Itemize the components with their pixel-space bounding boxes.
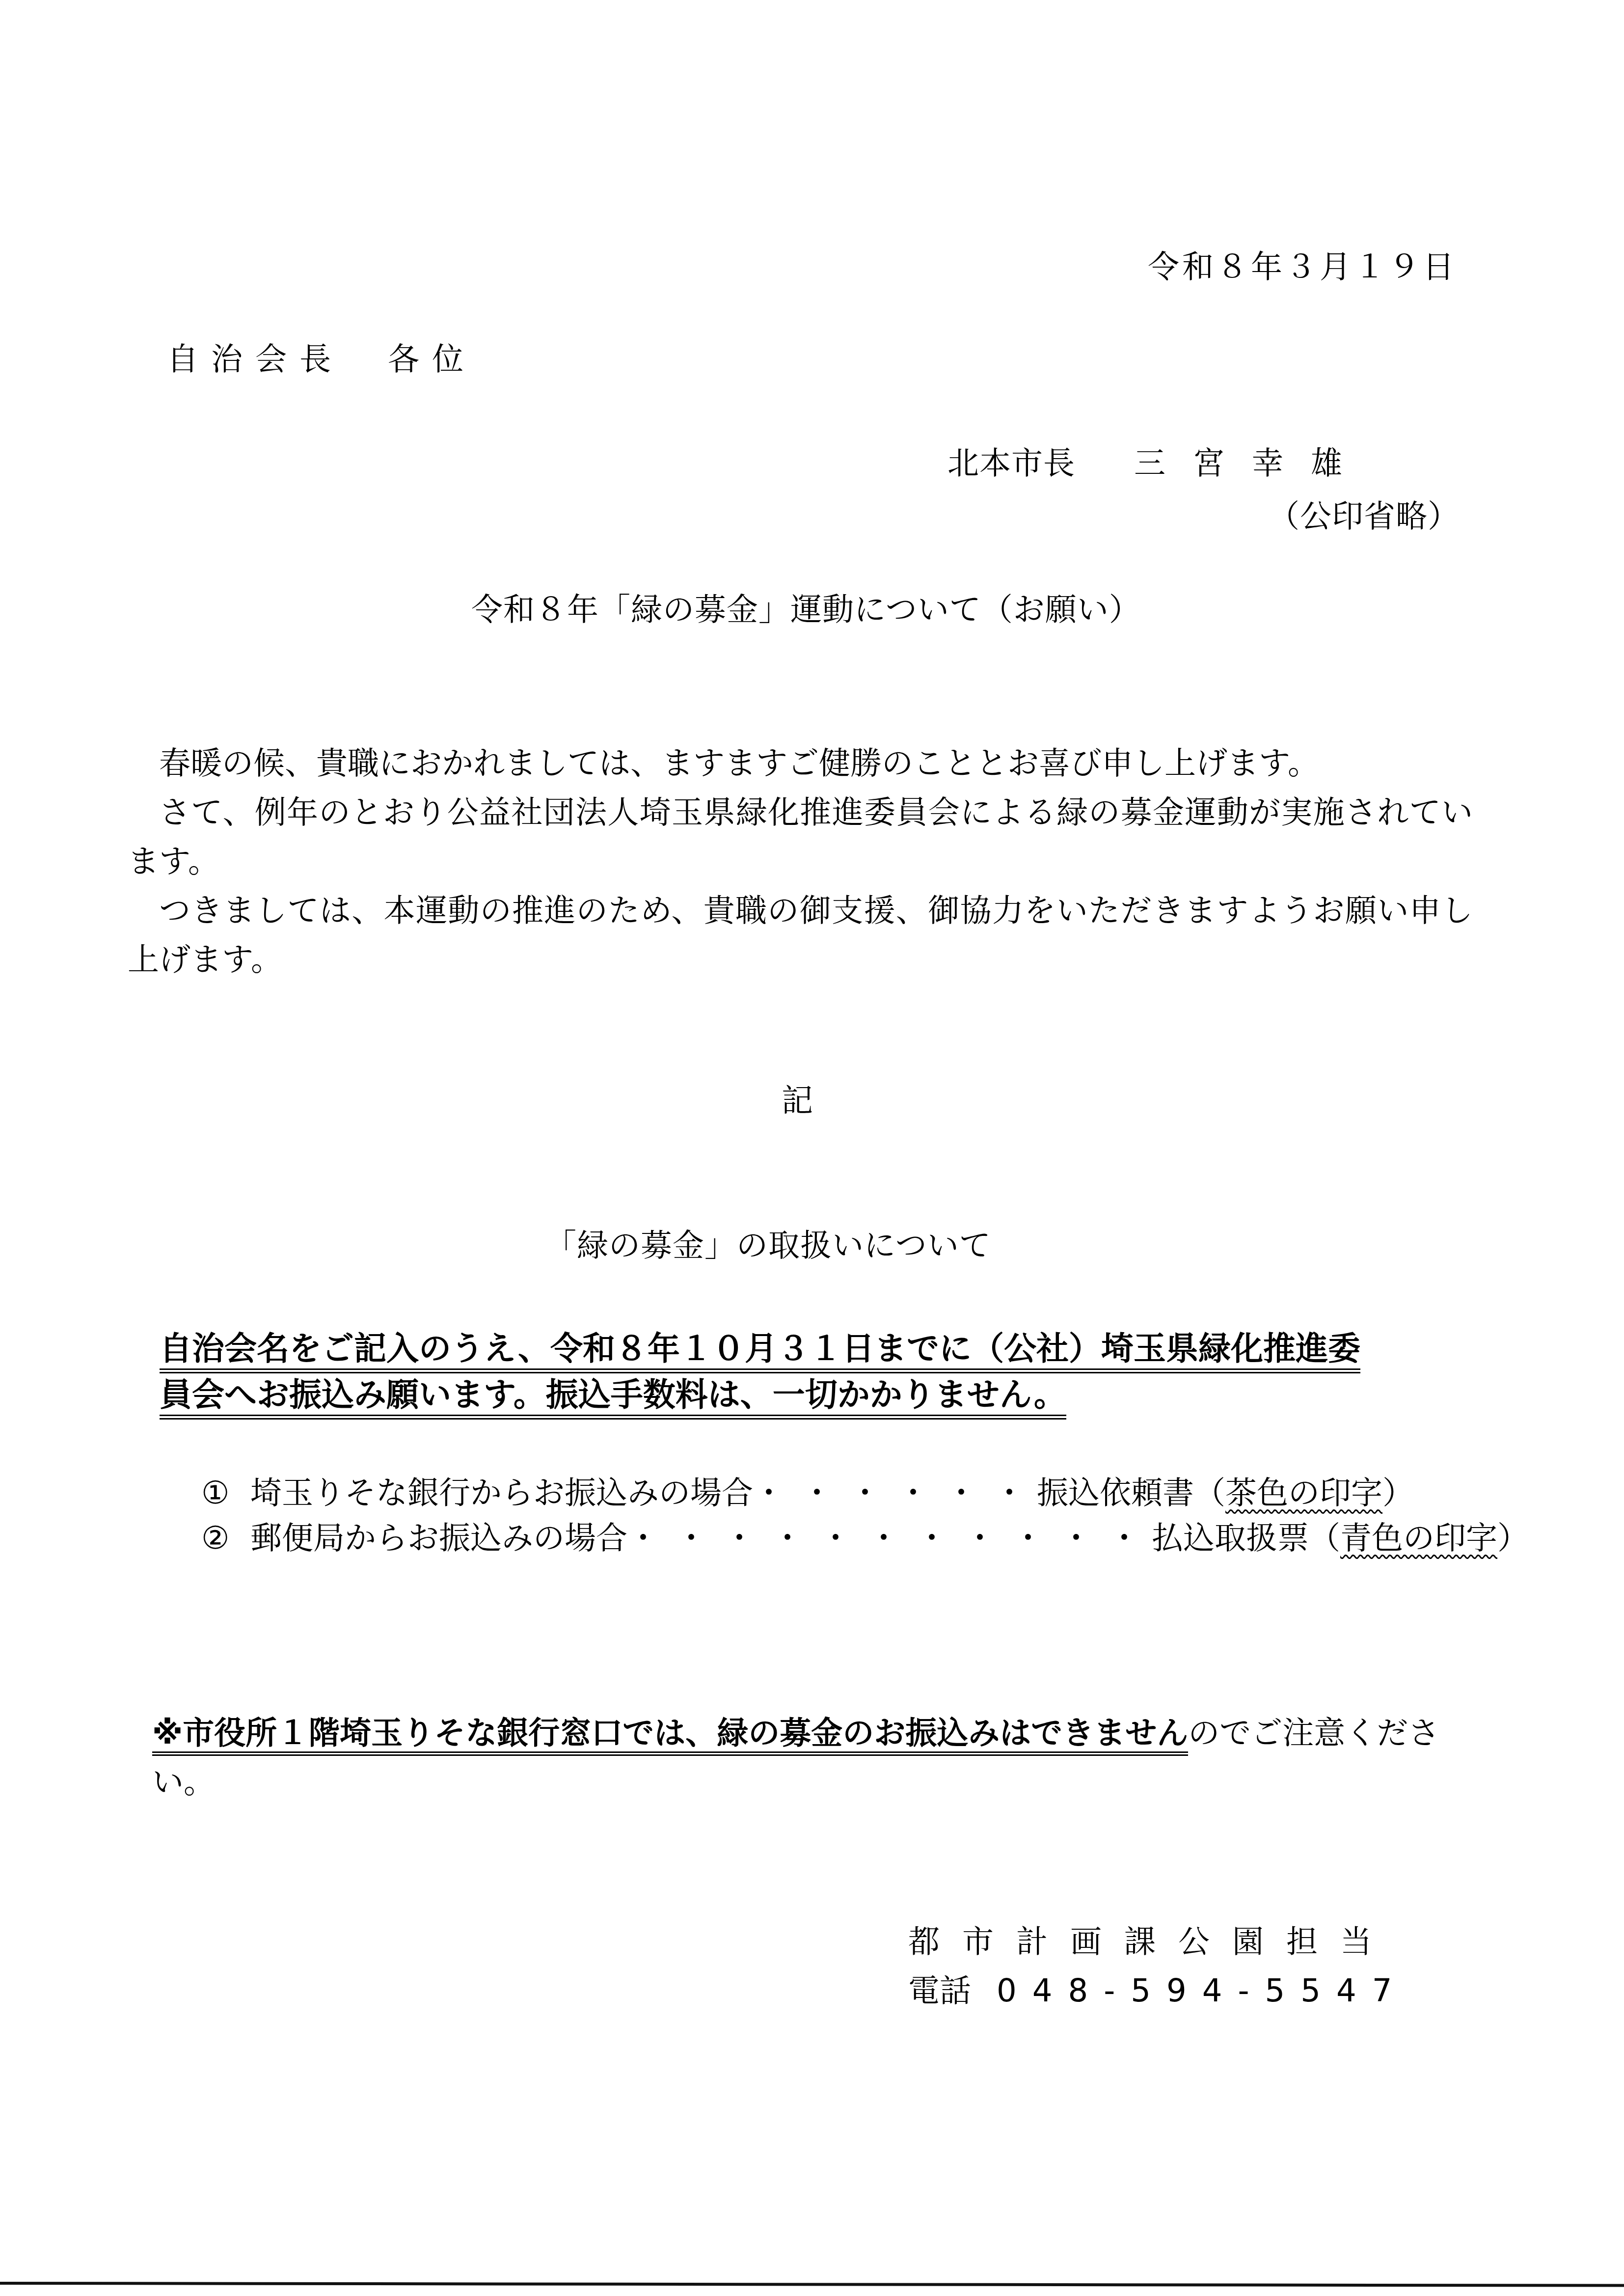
circled-number-2: ② [201, 1516, 250, 1561]
payment-method-item: ① 埼玉りそな銀行からお振込みの場合 ・・・・・・ 振込依頼書 （茶色の印字） [201, 1471, 1529, 1516]
body-paragraph-request: つきましては、本運動の推進のため、貴職の御支援、御協力をいただきますようお願い申… [128, 886, 1473, 984]
section-subtitle: 「緑の募金」の取扱いについて [545, 1230, 991, 1261]
caution-note: ※市役所１階埼玉りそな銀行窓口では、緑の募金のお振込みはできませんのでご注意くだ… [152, 1709, 1488, 1807]
tel-number: 048-594-5547 [997, 1973, 1407, 2009]
payment-method-label: 郵便局からお振込みの場合 [250, 1516, 627, 1561]
sender-title: 北本市長 [947, 445, 1075, 482]
open-paren: （ [1309, 1516, 1340, 1561]
sender-name: 三宮幸雄 [1134, 445, 1370, 482]
sender-block: 北本市長三宮幸雄 [947, 448, 1370, 479]
form-name: 払込取扱票 [1152, 1516, 1309, 1561]
seal-omitted-note: （公印省略） [1268, 501, 1460, 532]
document-title: 令和８年「緑の募金」運動について（お願い） [471, 594, 1141, 626]
deadline-notice-line-1: 自治会名をご記入のうえ、令和８年１０月３１日までに（公社）埼玉県緑化推進委 [160, 1330, 1360, 1373]
contact-block: 都市計画課公園担当 電話048-594-5547 [908, 1917, 1407, 2016]
body-paragraph-greeting: 春暖の候、貴職におかれましては、ますますご健勝のこととお喜び申し上げます。 [128, 739, 1473, 788]
payment-methods-list: ① 埼玉りそな銀行からお振込みの場合 ・・・・・・ 振込依頼書 （茶色の印字） … [201, 1471, 1529, 1561]
payment-method-item: ② 郵便局からお振込みの場合 ・・・・・・・・・・・ 払込取扱票 （青色の印字） [201, 1516, 1529, 1561]
circled-number-1: ① [201, 1471, 250, 1516]
document-page: 令和８年３月１９日 自治会長 各位 北本市長三宮幸雄 （公印省略） 令和８年「緑… [0, 0, 1624, 2296]
tel-label: 電話 [908, 1967, 997, 2016]
print-color-note: 茶色の印字 [1225, 1471, 1382, 1516]
ki-heading: 記 [782, 1085, 813, 1117]
print-color-note: 青色の印字 [1340, 1516, 1497, 1561]
scan-edge-line [0, 2282, 1624, 2287]
document-date: 令和８年３月１９日 [1148, 251, 1457, 283]
body-paragraph-campaign: さて、例年のとおり公益社団法人埼玉県緑化推進委員会による緑の募金運動が実施されて… [128, 788, 1473, 886]
form-name: 振込依頼書 [1037, 1471, 1194, 1516]
deadline-notice-line-2: 員会へお振込み願います。振込手数料は、一切かかりません。 [160, 1376, 1066, 1420]
addressee: 自治会長 各位 [167, 344, 476, 375]
contact-department: 都市計画課公園担当 [908, 1917, 1407, 1967]
deadline-notice: 自治会名をご記入のうえ、令和８年１０月３１日までに（公社）埼玉県緑化推進委 員会… [160, 1326, 1485, 1418]
body-text: 春暖の候、貴職におかれましては、ますますご健勝のこととお喜び申し上げます。 さて… [128, 739, 1473, 984]
payment-method-label: 埼玉りそな銀行からお振込みの場合 [250, 1471, 753, 1516]
dot-leader: ・・・・・・・・・・・ [627, 1516, 1157, 1561]
close-paren: ） [1382, 1471, 1414, 1516]
caution-emphasis: ※市役所１階埼玉りそな銀行窓口では、緑の募金のお振込みはできません [152, 1715, 1188, 1756]
close-paren: ） [1497, 1516, 1529, 1561]
dot-leader: ・・・・・・ [753, 1471, 1042, 1516]
open-paren: （ [1194, 1471, 1225, 1516]
